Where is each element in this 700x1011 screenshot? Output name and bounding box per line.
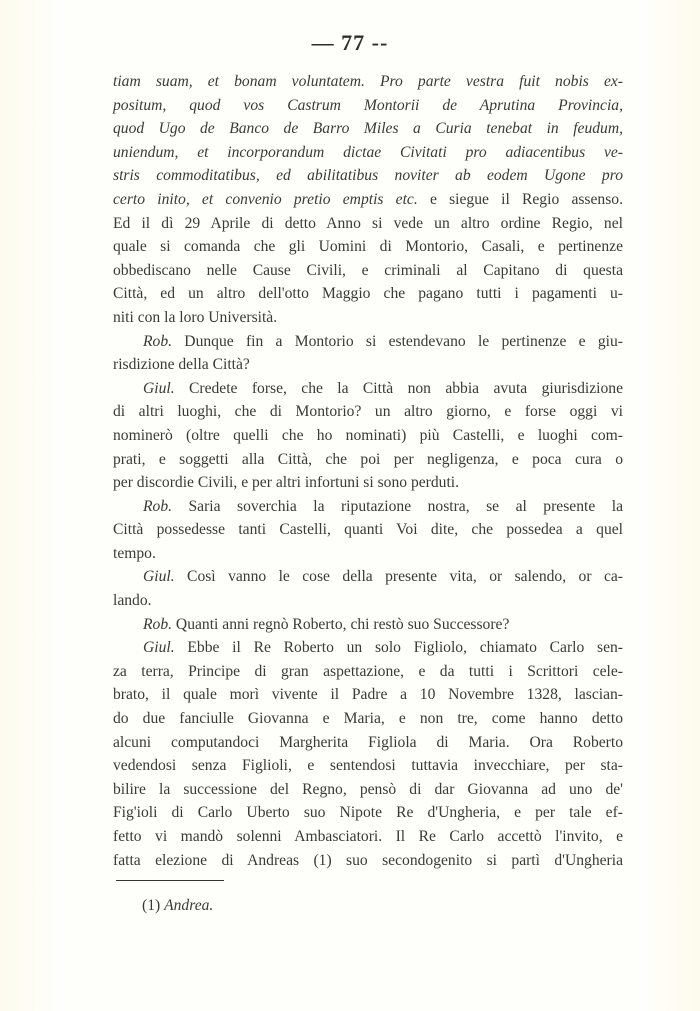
text-line: niti con la loro Università. <box>113 306 623 330</box>
text-line: positum, quod vos Castrum Montorii de Ap… <box>113 94 623 118</box>
text-line: stris commoditatibus, ed abilitatibus no… <box>113 164 623 188</box>
text-line: uniendum, et incorporandum dictae Civita… <box>113 141 623 165</box>
text-line: certo inito, et convenio pretio emptis e… <box>113 188 623 212</box>
text-line: Rob. Quanti anni regnò Roberto, chi rest… <box>113 613 623 637</box>
text-line: Giul. Credete forse, che la Città non ab… <box>113 377 623 401</box>
text-run: Ed il dì 29 Aprile di detto Anno si vede… <box>113 215 623 232</box>
italic-text: stris commoditatibus, ed abilitatibus no… <box>113 167 623 184</box>
text-line: Fig'ioli di Carlo Uberto suo Nipote Re d… <box>113 801 623 825</box>
footnote-divider <box>116 880 224 881</box>
text-run: vedendosi senza Figlioli, e sentendosi t… <box>113 757 623 774</box>
text-line: fetto vi mandò solenni Ambasciatori. Il … <box>113 825 623 849</box>
text-run: Quanti anni regnò Roberto, chi restò suo… <box>172 616 509 633</box>
text-run: Ebbe il Re Roberto un solo Figliolo, chi… <box>175 639 623 656</box>
text-run: fetto vi mandò solenni Ambasciatori. Il … <box>113 828 623 845</box>
text-run: obbediscano nelle Cause Civili, e crimin… <box>113 262 623 279</box>
italic-text: Giul. <box>143 639 175 656</box>
text-run: bilire la successione del Regno, pensò d… <box>113 781 623 798</box>
text-line: bilire la successione del Regno, pensò d… <box>113 778 623 802</box>
text-line: quale si comanda che gli Uomini di Monto… <box>113 235 623 259</box>
footnote: (1) Andrea. <box>142 897 213 915</box>
text-run: Dunque fin a Montorio si estendevano le … <box>172 333 623 350</box>
footnote-marker: (1) <box>142 897 160 914</box>
italic-text: Rob. <box>143 498 172 515</box>
text-line: tempo. <box>113 542 623 566</box>
text-run: niti con la loro Università. <box>113 309 277 326</box>
text-run: Città, ed un altro dell'otto Maggio che … <box>113 285 623 302</box>
italic-text: uniendum, et incorporandum dictae Civita… <box>113 144 623 161</box>
italic-text: Giul. <box>143 380 175 397</box>
text-line: tiam suam, et bonam voluntatem. Pro part… <box>113 70 623 94</box>
text-run: lando. <box>113 592 152 609</box>
text-line: lando. <box>113 589 623 613</box>
text-line: alcuni computandoci Margherita Figliola … <box>113 731 623 755</box>
text-line: Giul. Così vanno le cose della presente … <box>113 565 623 589</box>
text-run: alcuni computandoci Margherita Figliola … <box>113 734 623 751</box>
text-run: quale si comanda che gli Uomini di Monto… <box>113 238 623 255</box>
text-line: prati, e soggetti alla Città, che poi pe… <box>113 448 623 472</box>
text-line: obbediscano nelle Cause Civili, e crimin… <box>113 259 623 283</box>
text-line: nominerò (oltre quelli che ho nominati) … <box>113 424 623 448</box>
text-run: risdizione della Città? <box>113 356 250 373</box>
text-run: Così vanno le cose della presente vita, … <box>175 568 623 585</box>
italic-text: certo inito, et convenio pretio emptis e… <box>113 191 418 208</box>
text-run: za terra, Principe di gran aspettazione,… <box>113 663 623 680</box>
text-line: di altri luoghi, che di Montorio? un alt… <box>113 400 623 424</box>
text-line: Rob. Saria soverchia la riputazione nost… <box>113 495 623 519</box>
text-run: brato, il quale morì vivente il Padre a … <box>113 686 623 703</box>
text-line: quod Ugo de Banco de Barro Miles a Curia… <box>113 117 623 141</box>
text-line: vedendosi senza Figlioli, e sentendosi t… <box>113 754 623 778</box>
italic-text: Rob. <box>143 616 172 633</box>
text-run: Città possedesse tanti Castelli, quanti … <box>113 521 623 538</box>
text-line: Città, ed un altro dell'otto Maggio che … <box>113 282 623 306</box>
text-run: per discordie Civili, e per altri infort… <box>113 474 459 491</box>
book-page: — 77 -- tiam suam, et bonam voluntatem. … <box>0 0 700 1011</box>
text-line: Ed il dì 29 Aprile di detto Anno si vede… <box>113 212 623 236</box>
italic-text: Giul. <box>143 568 175 585</box>
footnote-text: Andrea. <box>164 897 213 914</box>
italic-text: Rob. <box>143 333 172 350</box>
body-text: tiam suam, et bonam voluntatem. Pro part… <box>113 70 623 872</box>
text-run: tempo. <box>113 545 156 562</box>
text-line: fatta elezione di Andreas (1) suo second… <box>113 849 623 873</box>
text-line: Giul. Ebbe il Re Roberto un solo Figliol… <box>113 636 623 660</box>
text-run: Fig'ioli di Carlo Uberto suo Nipote Re d… <box>113 804 623 821</box>
text-line: do due fanciulle Giovanna e Maria, e non… <box>113 707 623 731</box>
page-number: — 77 -- <box>0 30 700 56</box>
italic-text: quod Ugo de Banco de Barro Miles a Curia… <box>113 120 623 137</box>
italic-text: positum, quod vos Castrum Montorii de Ap… <box>113 97 623 114</box>
italic-text: tiam suam, et bonam voluntatem. Pro part… <box>113 73 623 90</box>
text-run: do due fanciulle Giovanna e Maria, e non… <box>113 710 623 727</box>
text-run: e siegue il Regio assenso. <box>418 191 623 208</box>
text-run: Credete forse, che la Città non abbia av… <box>175 380 623 397</box>
text-line: za terra, Principe di gran aspettazione,… <box>113 660 623 684</box>
text-run: fatta elezione di Andreas (1) suo second… <box>113 852 623 869</box>
text-line: Rob. Dunque fin a Montorio si estendevan… <box>113 330 623 354</box>
text-run: Saria soverchia la riputazione nostra, s… <box>172 498 623 515</box>
text-run: di altri luoghi, che di Montorio? un alt… <box>113 403 623 420</box>
text-line: Città possedesse tanti Castelli, quanti … <box>113 518 623 542</box>
text-line: risdizione della Città? <box>113 353 623 377</box>
text-run: prati, e soggetti alla Città, che poi pe… <box>113 451 623 468</box>
text-run: nominerò (oltre quelli che ho nominati) … <box>113 427 623 444</box>
text-line: brato, il quale morì vivente il Padre a … <box>113 683 623 707</box>
text-line: per discordie Civili, e per altri infort… <box>113 471 623 495</box>
